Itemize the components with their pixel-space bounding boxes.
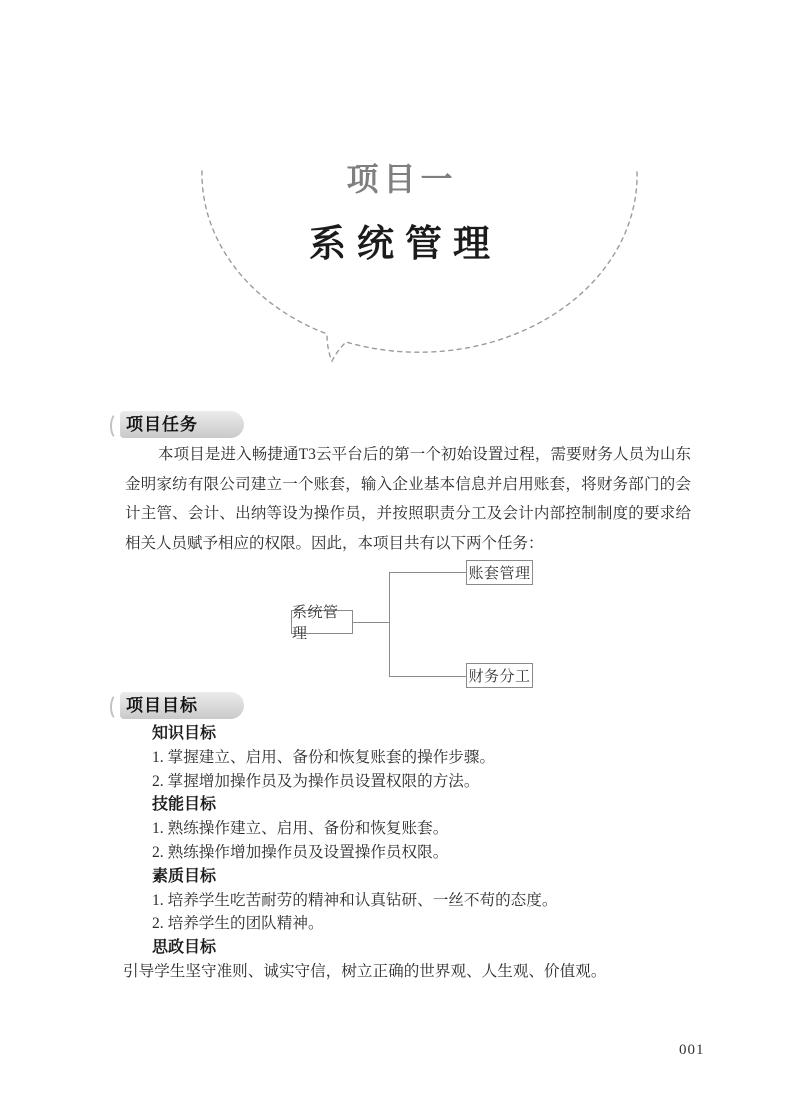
task-paragraph: 本项目是进入畅捷通T3云平台后的第一个初始设置过程，需要财务人员为山东金明家纺有… bbox=[125, 440, 691, 558]
goal-item: 1. 熟练操作建立、启用、备份和恢复账套。 bbox=[152, 817, 799, 841]
section-tag-task-label: 项目任务 bbox=[126, 411, 198, 438]
goal-item: 1. 掌握建立、启用、备份和恢复账套的操作步骤。 bbox=[152, 746, 799, 770]
bubble-dashed-path bbox=[202, 171, 637, 361]
goal-item: 2. 熟练操作增加操作员及设置操作员权限。 bbox=[152, 841, 799, 865]
diagram-root-node: 系统管理 bbox=[291, 610, 353, 634]
goal-group-title-quality: 素质目标 bbox=[152, 865, 799, 889]
chapter-bubble-outline bbox=[0, 0, 799, 400]
goal-item: 2. 掌握增加操作员及为操作员设置权限的方法。 bbox=[152, 770, 799, 794]
diagram-connector-branch-top bbox=[389, 572, 466, 573]
chapter-title: 系统管理 bbox=[0, 225, 799, 262]
book-page: 项目一 系统管理 项目任务 本项目是进入畅捷通T3云平台后的第一个初始设置过程，… bbox=[0, 0, 799, 1114]
page-number: 001 bbox=[679, 1042, 705, 1059]
diagram-connector-root bbox=[353, 622, 389, 623]
diagram-branch-node-2: 财务分工 bbox=[466, 663, 533, 688]
goal-group-title-knowledge: 知识目标 bbox=[152, 722, 799, 746]
goal-item: 引导学生坚守准则、诚实守信，树立正确的世界观、人生观、价值观。 bbox=[123, 960, 799, 984]
goal-group-title-ideology: 思政目标 bbox=[152, 936, 799, 960]
goal-item: 2. 培养学生的团队精神。 bbox=[152, 912, 799, 936]
goal-group-title-skill: 技能目标 bbox=[152, 793, 799, 817]
goal-item: 1. 培养学生吃苦耐劳的精神和认真钻研、一丝不苟的态度。 bbox=[152, 889, 799, 913]
section-tag-goals-label: 项目目标 bbox=[126, 692, 198, 719]
diagram-connector-branch-bottom bbox=[389, 676, 466, 677]
diagram-branch-node-1: 账套管理 bbox=[466, 560, 533, 585]
section-tag-task: 项目任务 bbox=[112, 411, 244, 438]
goals-list: 知识目标 1. 掌握建立、启用、备份和恢复账套的操作步骤。 2. 掌握增加操作员… bbox=[0, 722, 799, 984]
chapter-number: 项目一 bbox=[0, 163, 799, 195]
section-tag-goals: 项目目标 bbox=[112, 692, 244, 719]
diagram-connector-vertical bbox=[389, 572, 390, 677]
